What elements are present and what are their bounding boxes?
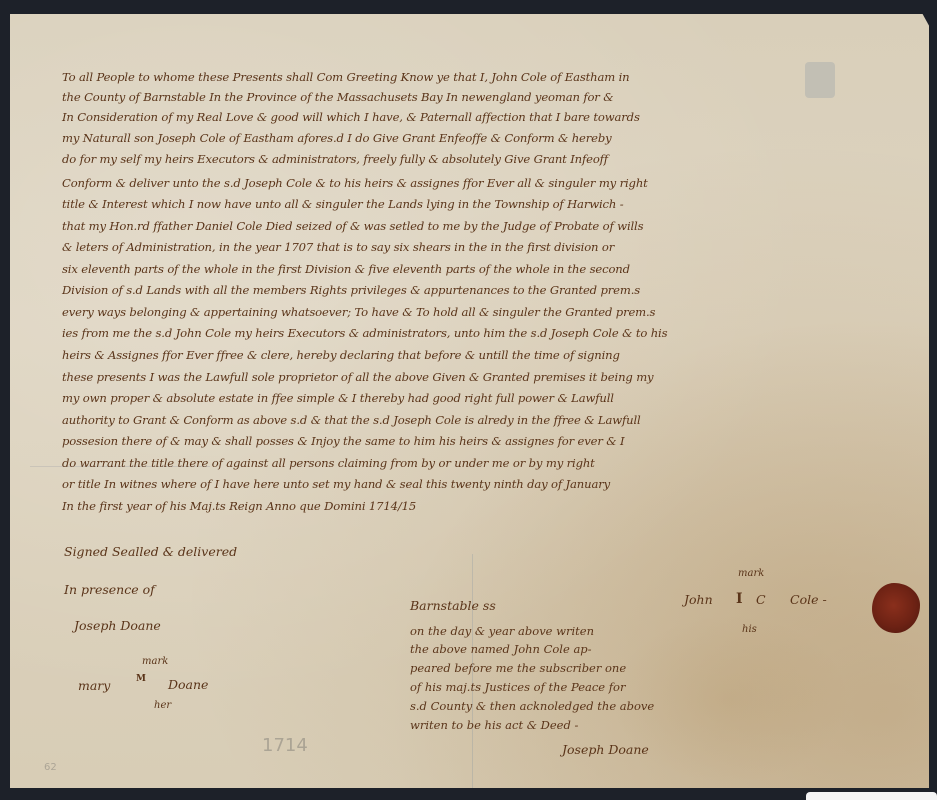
body-line: my own proper & absolute estate in ffee … bbox=[62, 391, 614, 405]
body-line: that my Hon.rd ffather Daniel Cole Died … bbox=[62, 219, 643, 233]
body-line: & leters of Administration, in the year … bbox=[62, 240, 614, 254]
body-line: these presents I was the Lawfull sole pr… bbox=[62, 370, 653, 384]
body-line: my Naturall son Joseph Cole of Eastham a… bbox=[62, 131, 612, 145]
fold-line-vertical bbox=[472, 554, 473, 800]
witness-signature-joseph-doane: Joseph Doane bbox=[74, 618, 161, 633]
ack-line: of his maj.ts Justices of the Peace for bbox=[410, 680, 625, 694]
witness-her-label: her bbox=[154, 700, 171, 711]
body-line: To all People to whome these Presents sh… bbox=[62, 70, 630, 84]
witness-mark-label: mark bbox=[142, 656, 168, 667]
body-line: In Consideration of my Real Love & good … bbox=[62, 110, 640, 124]
pencil-note: 62 bbox=[44, 762, 57, 773]
body-line: authority to Grant & Conform as above s.… bbox=[62, 413, 641, 427]
grantor-initial: C bbox=[756, 592, 766, 607]
ack-line: the above named John Cole ap- bbox=[410, 642, 592, 656]
body-line: Division of s.d Lands with all the membe… bbox=[62, 283, 640, 297]
body-line: every ways belonging & appertaining what… bbox=[62, 305, 655, 319]
body-line: do warrant the title there of against al… bbox=[62, 456, 595, 470]
ack-line: on the day & year above writen bbox=[410, 624, 594, 638]
body-line: do for my self my heirs Executors & admi… bbox=[62, 152, 608, 166]
attestation-signed-sealed: Signed Sealled & delivered bbox=[64, 544, 237, 559]
body-line: heirs & Assignes ffor Ever ffree & clere… bbox=[62, 348, 620, 362]
body-line: possesion there of & may & shall posses … bbox=[62, 434, 624, 448]
attestation-in-presence: In presence of bbox=[64, 582, 155, 597]
body-line: the County of Barnstable In the Province… bbox=[62, 90, 613, 104]
ink-blot bbox=[805, 62, 835, 98]
witness-first-name: mary bbox=[78, 678, 110, 693]
body-line: title & Interest which I now have unto a… bbox=[62, 197, 624, 211]
ack-line: writen to be his act & Deed - bbox=[410, 718, 578, 732]
grantor-his-label: his bbox=[742, 624, 757, 635]
ack-line: s.d County & then acknoledged the above bbox=[410, 699, 654, 713]
ack-justice-signature: Joseph Doane bbox=[562, 742, 649, 757]
ack-line: peared before me the subscriber one bbox=[410, 661, 626, 675]
grantor-mark-glyph: I bbox=[736, 591, 743, 607]
body-line: Conform & deliver unto the s.d Joseph Co… bbox=[62, 176, 648, 190]
witness-last-name: Doane bbox=[168, 677, 208, 692]
body-line: six eleventh parts of the whole in the f… bbox=[62, 262, 630, 276]
body-line: ies from me the s.d John Cole my heirs E… bbox=[62, 326, 667, 340]
pencil-note: 1714 bbox=[262, 735, 308, 756]
viewer-tab bbox=[806, 792, 937, 800]
ack-line: Barnstable ss bbox=[410, 598, 496, 613]
grantor-last-name: Cole - bbox=[790, 592, 827, 607]
body-line: or title In witnes where of I have here … bbox=[62, 477, 610, 491]
grantor-mark-label: mark bbox=[738, 568, 764, 579]
grantor-first-name: John bbox=[684, 592, 713, 607]
body-line: In the first year of his Maj.ts Reign An… bbox=[62, 499, 416, 513]
witness-mark-glyph: M bbox=[136, 674, 146, 684]
